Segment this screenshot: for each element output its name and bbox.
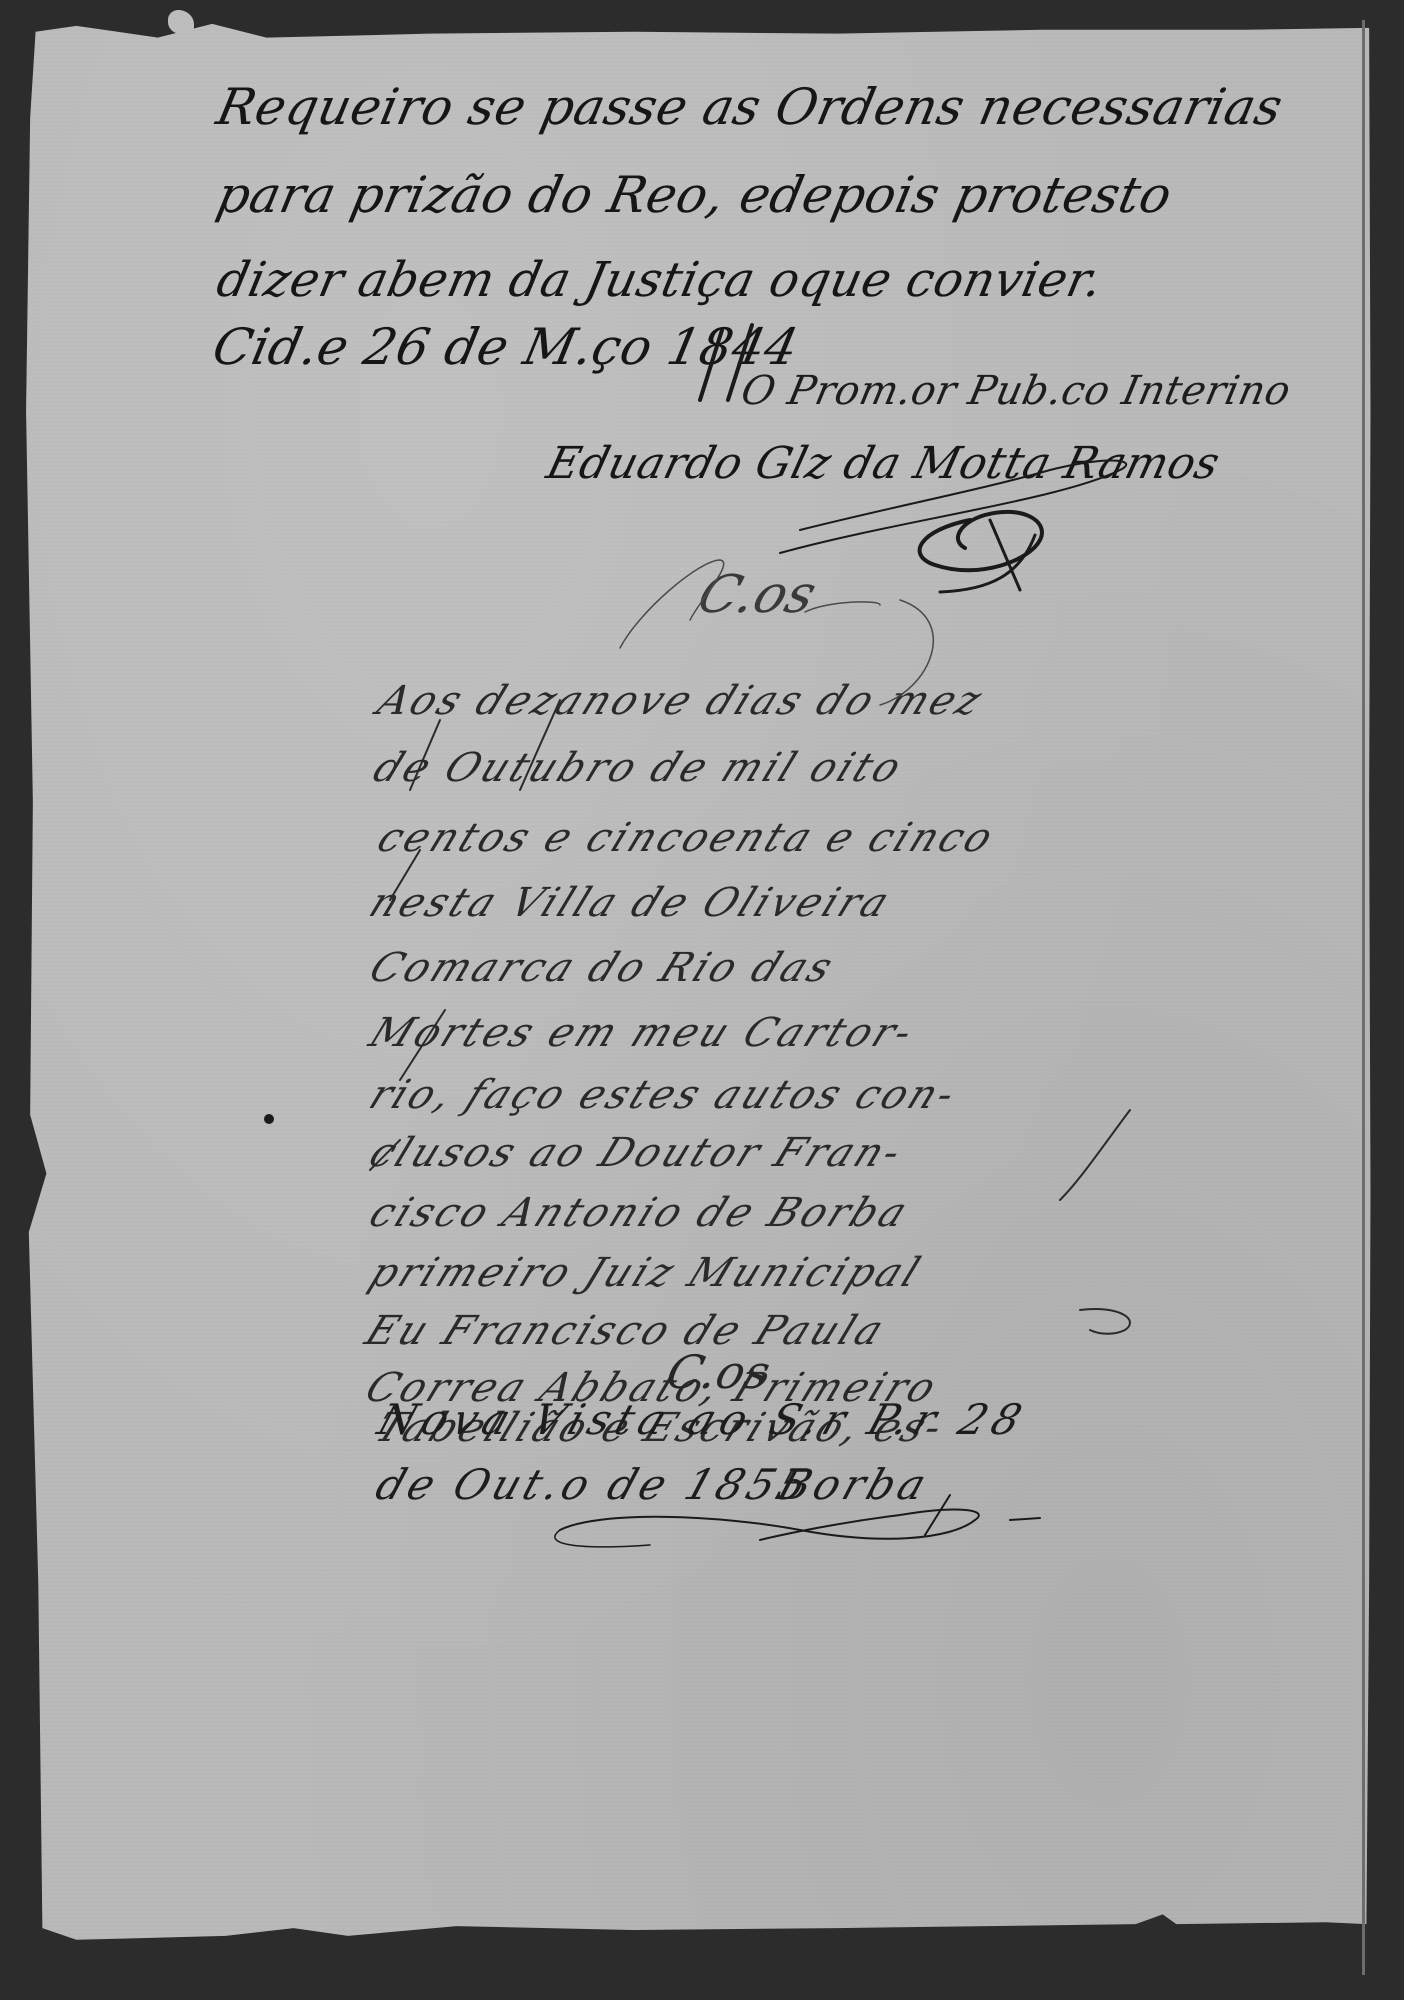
conclusion-mark-2: C.os — [661, 1345, 776, 1399]
page-edge-shadow — [1362, 20, 1365, 1975]
manuscript-page — [22, 20, 1380, 1975]
request-line-1: Requeiro se passe as Ordens necessarias — [212, 78, 1288, 136]
vista-signature: Borba — [772, 1460, 936, 1509]
ink-dot-mark — [264, 1114, 274, 1124]
clerk-line-3: centos e cincoenta e cinco — [371, 815, 1003, 861]
clerk-line-8: clusos ao Doutor Fran- — [363, 1130, 911, 1176]
clerk-line-2: de Outubro de mil oito — [367, 745, 911, 791]
clerk-line-9: cisco Antonio de Borba — [363, 1190, 917, 1236]
signatory-name: Eduardo Glz da Motta Ramos — [542, 438, 1225, 489]
signatory-title: O Prom.or Pub.co Interino — [737, 368, 1295, 414]
clerk-line-11: Eu Francisco de Paula — [359, 1308, 893, 1354]
request-date-line: Cid.e 26 de M.ço 1844 — [208, 318, 804, 376]
vista-line-2: de Out.o de 1855 — [370, 1460, 817, 1509]
clerk-line-7: rio, faço estes autos con- — [363, 1072, 965, 1118]
clerk-line-5: Comarca do Rio das — [363, 945, 842, 991]
request-line-2: para prizão do Reo, edepois protesto — [212, 166, 1177, 224]
conclusion-mark-1: C.os — [690, 565, 824, 625]
clerk-line-4: nesta Villa de Oliveira — [363, 880, 899, 926]
clerk-line-1: Aos dezanove dias do mez — [371, 678, 991, 724]
vista-line-1: Nova Vista ao S.r P.r 28 — [372, 1395, 1034, 1444]
clerk-line-6: Mortes em meu Cartor- — [363, 1010, 923, 1056]
clerk-line-10: primeiro Juiz Municipal — [363, 1250, 930, 1296]
request-line-3: dizer abem da Justiça oque convier. — [212, 252, 1107, 308]
